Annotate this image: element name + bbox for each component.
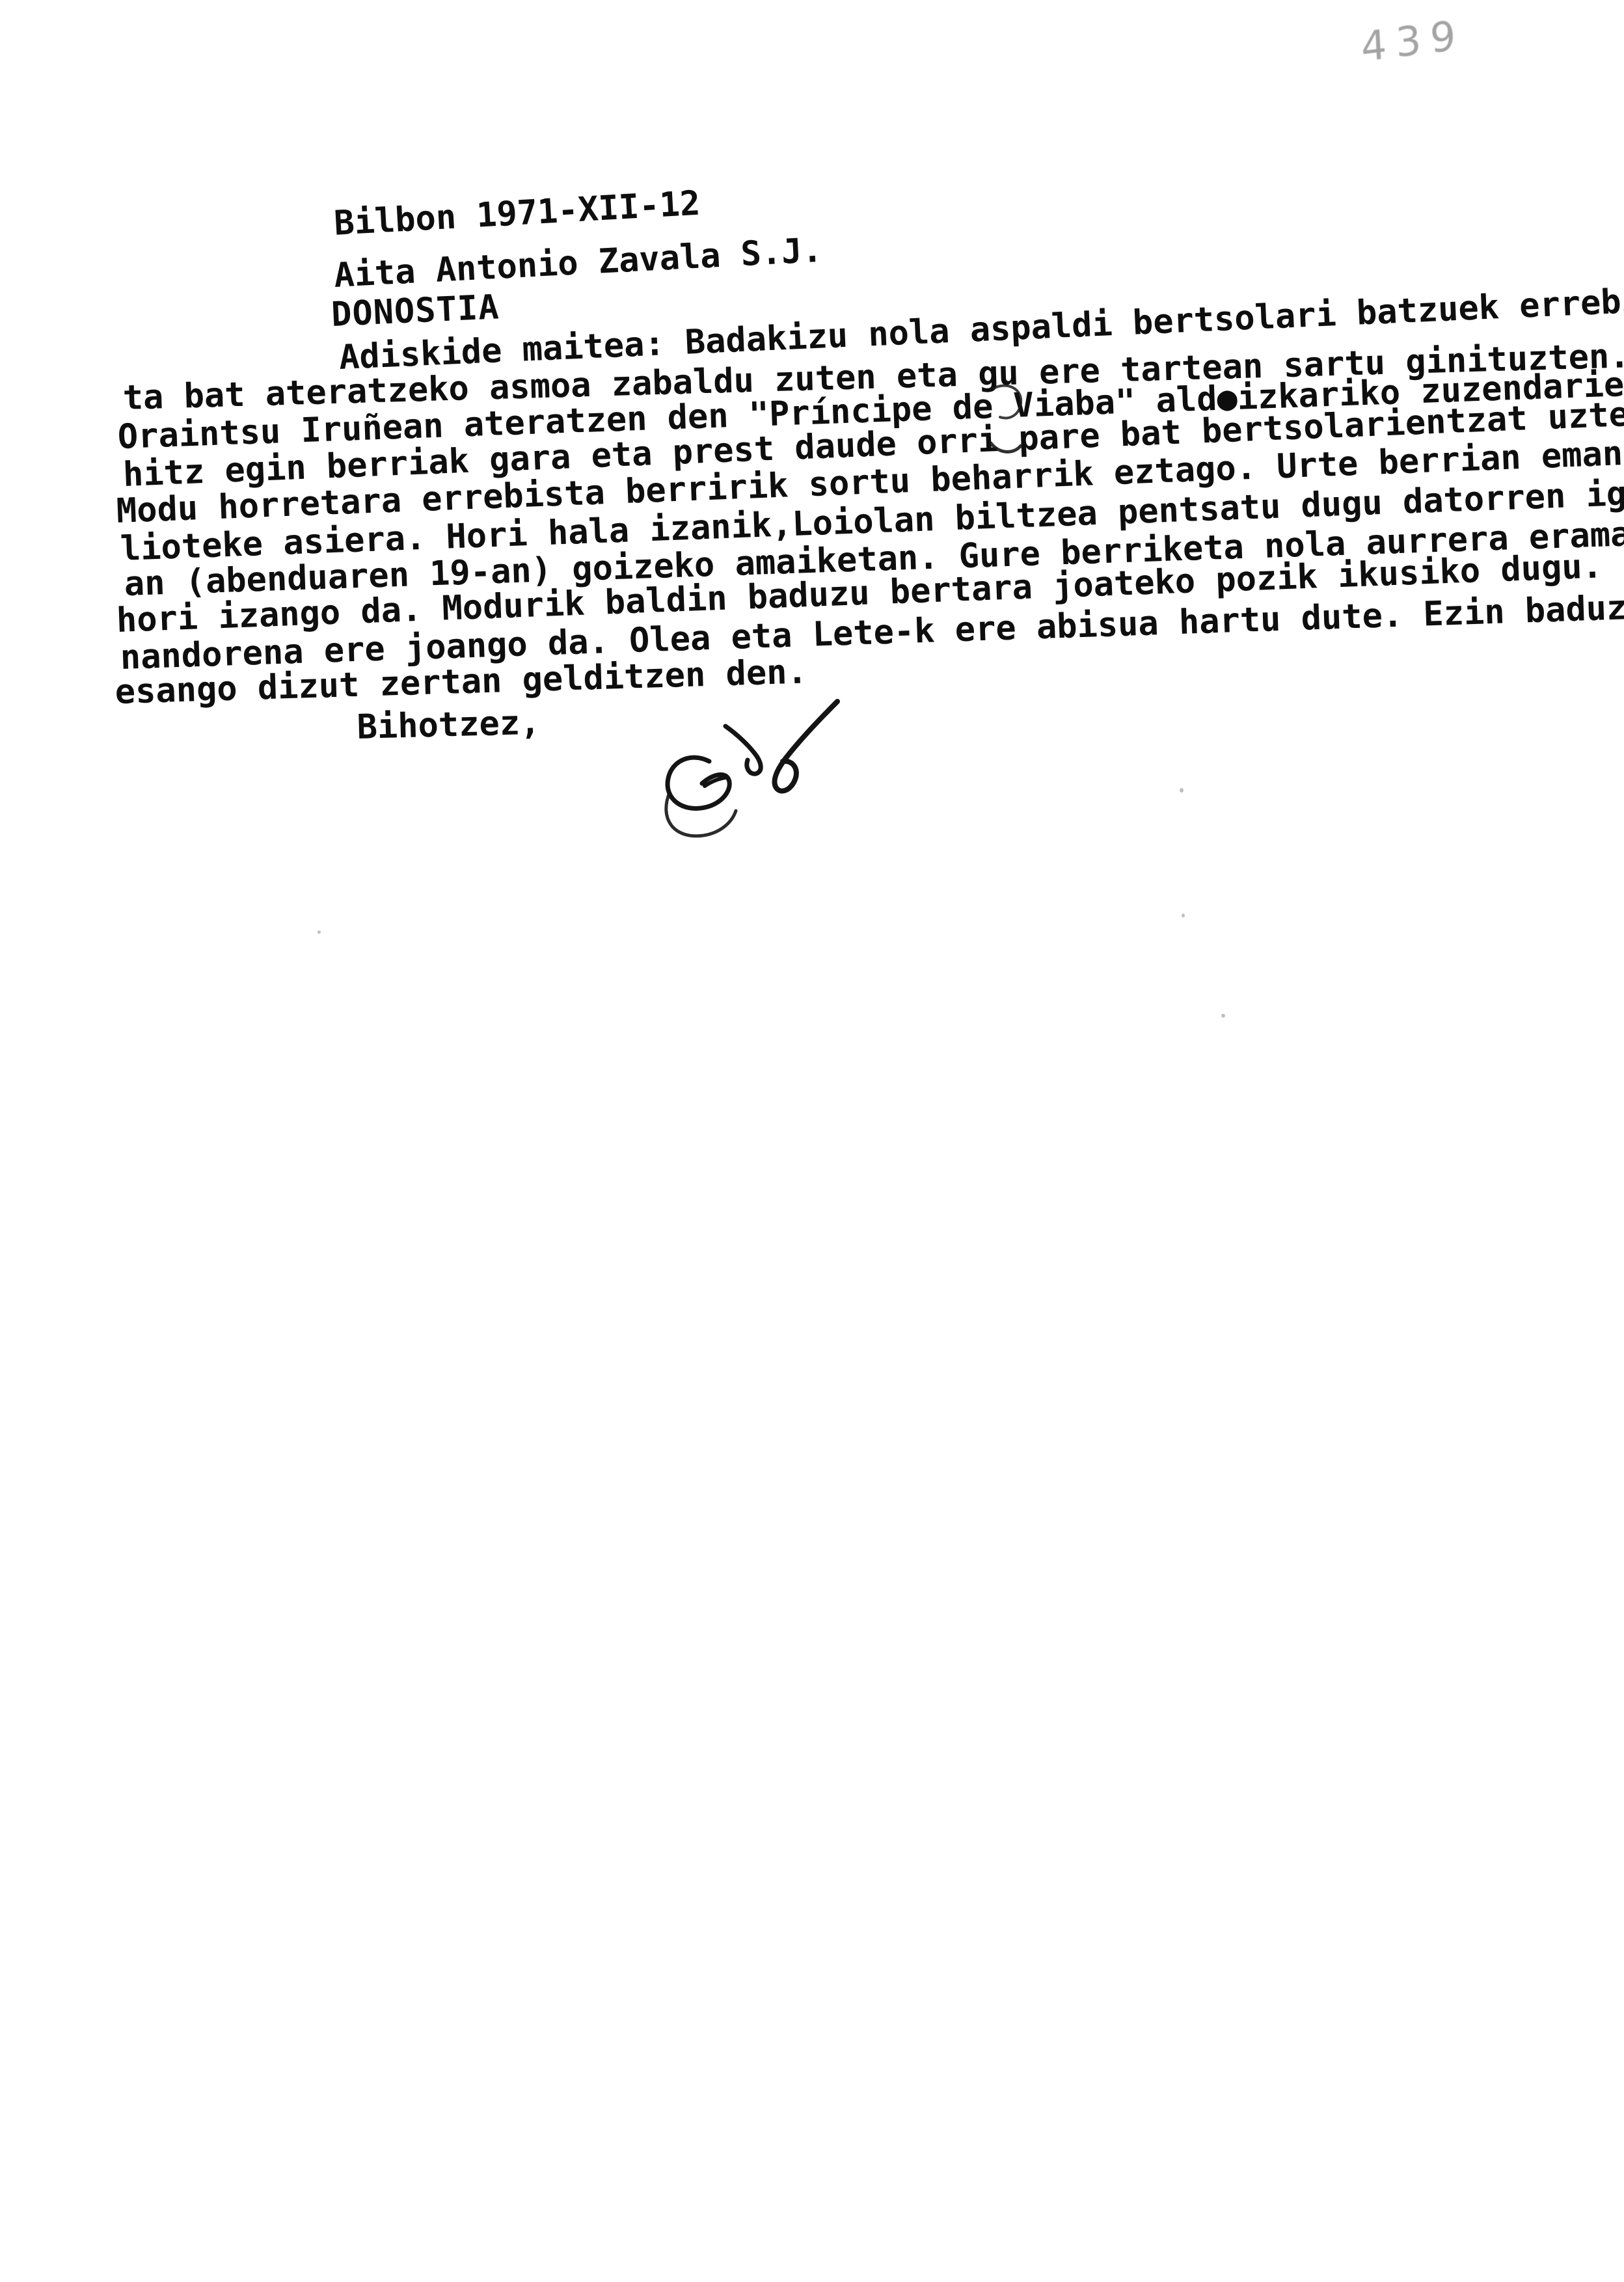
signature-flourish-icon (647, 695, 914, 858)
handwritten-correction-mark-icon (979, 381, 1038, 465)
recipient-city: DONOSTIA (331, 290, 500, 332)
scan-speck (318, 930, 321, 934)
scan-speck (1182, 914, 1185, 917)
page-number-annotation: 439 (1360, 10, 1466, 71)
dateline: Bilbon 1971-XII-12 (333, 187, 701, 241)
scan-speck (1180, 788, 1184, 793)
closing-line: Bihotzez, (357, 706, 541, 744)
scanned-letter-page: 439 Bilbon 1971-XII-12 Aita Antonio Zava… (0, 0, 1624, 2282)
recipient-name: Aita Antonio Zavala S.J. (333, 234, 823, 293)
scan-speck (1221, 1014, 1225, 1018)
